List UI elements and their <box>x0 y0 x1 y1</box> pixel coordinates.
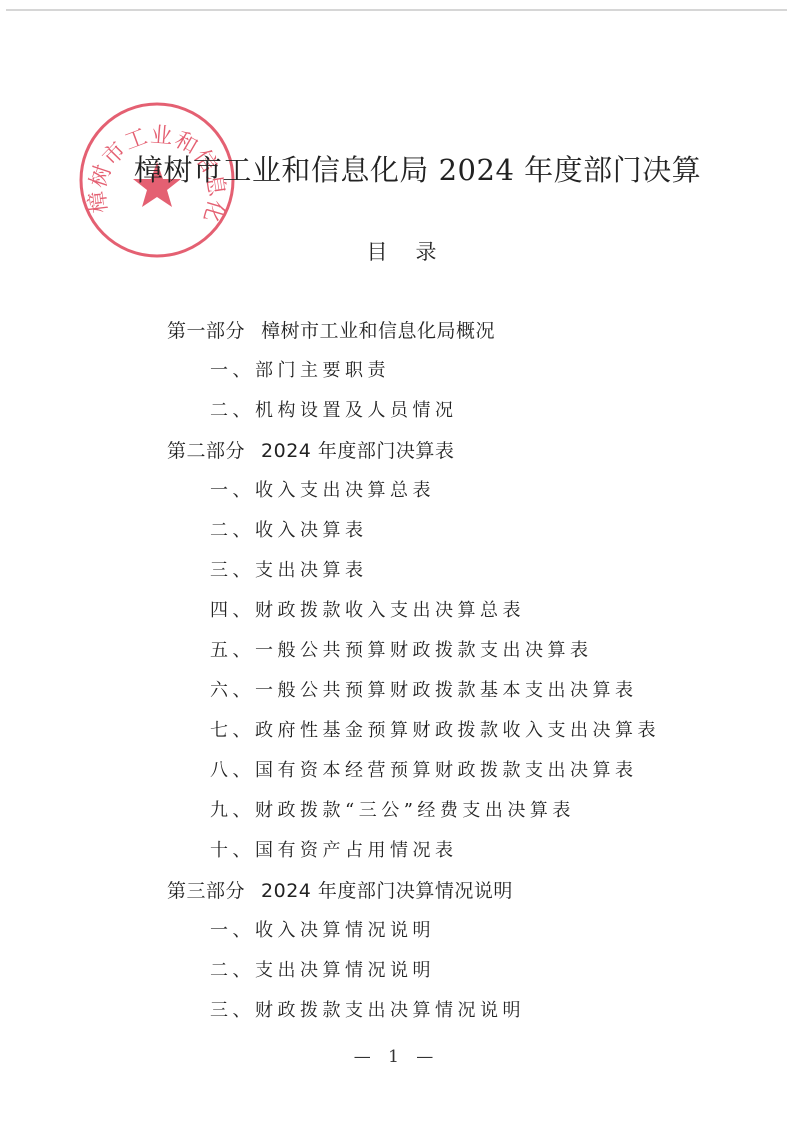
toc-item[interactable]: 十、国有资产占用情况表 <box>210 837 458 865</box>
toc-item[interactable]: 八、国有资本经营预算财政拨款支出决算表 <box>210 757 638 785</box>
toc-item[interactable]: 二、收入决算表 <box>210 517 368 545</box>
toc-item[interactable]: 一、收入决算情况说明 <box>210 917 435 945</box>
toc-part-number: 第二部分 <box>167 437 245 465</box>
toc-item[interactable]: 四、财政拨款收入支出决算总表 <box>210 597 525 625</box>
toc-item[interactable]: 三、财政拨款支出决算情况说明 <box>210 997 525 1025</box>
toc-part-label: 2024 年度部门决算情况说明 <box>261 880 513 902</box>
page-number: — 1 — <box>0 1047 793 1067</box>
toc-item[interactable]: 二、机构设置及人员情况 <box>210 397 458 425</box>
toc-part-label: 2024 年度部门决算表 <box>261 440 454 462</box>
toc-item[interactable]: 九、财政拨款“三公”经费支出决算表 <box>210 797 575 825</box>
toc-item[interactable]: 一、部门主要职责 <box>210 357 390 385</box>
page-top-edge <box>6 9 787 11</box>
toc-part-2[interactable]: 第二部分2024 年度部门决算表 <box>167 437 454 465</box>
document-title: 樟树市工业和信息化局 2024 年度部门决算 <box>0 148 793 189</box>
toc-part-label: 樟树市工业和信息化局概况 <box>261 320 495 342</box>
toc-item[interactable]: 五、一般公共预算财政拨款支出决算表 <box>210 637 593 665</box>
toc-item[interactable]: 二、支出决算情况说明 <box>210 957 435 985</box>
toc-item[interactable]: 七、政府性基金预算财政拨款收入支出决算表 <box>210 717 660 745</box>
toc-part-number: 第三部分 <box>167 877 245 905</box>
toc-part-1[interactable]: 第一部分樟树市工业和信息化局概况 <box>167 317 495 345</box>
toc-part-3[interactable]: 第三部分2024 年度部门决算情况说明 <box>167 877 513 905</box>
toc-item[interactable]: 六、一般公共预算财政拨款基本支出决算表 <box>210 677 638 705</box>
toc-item[interactable]: 一、收入支出决算总表 <box>210 477 435 505</box>
toc-item[interactable]: 三、支出决算表 <box>210 557 368 585</box>
toc-part-number: 第一部分 <box>167 317 245 345</box>
